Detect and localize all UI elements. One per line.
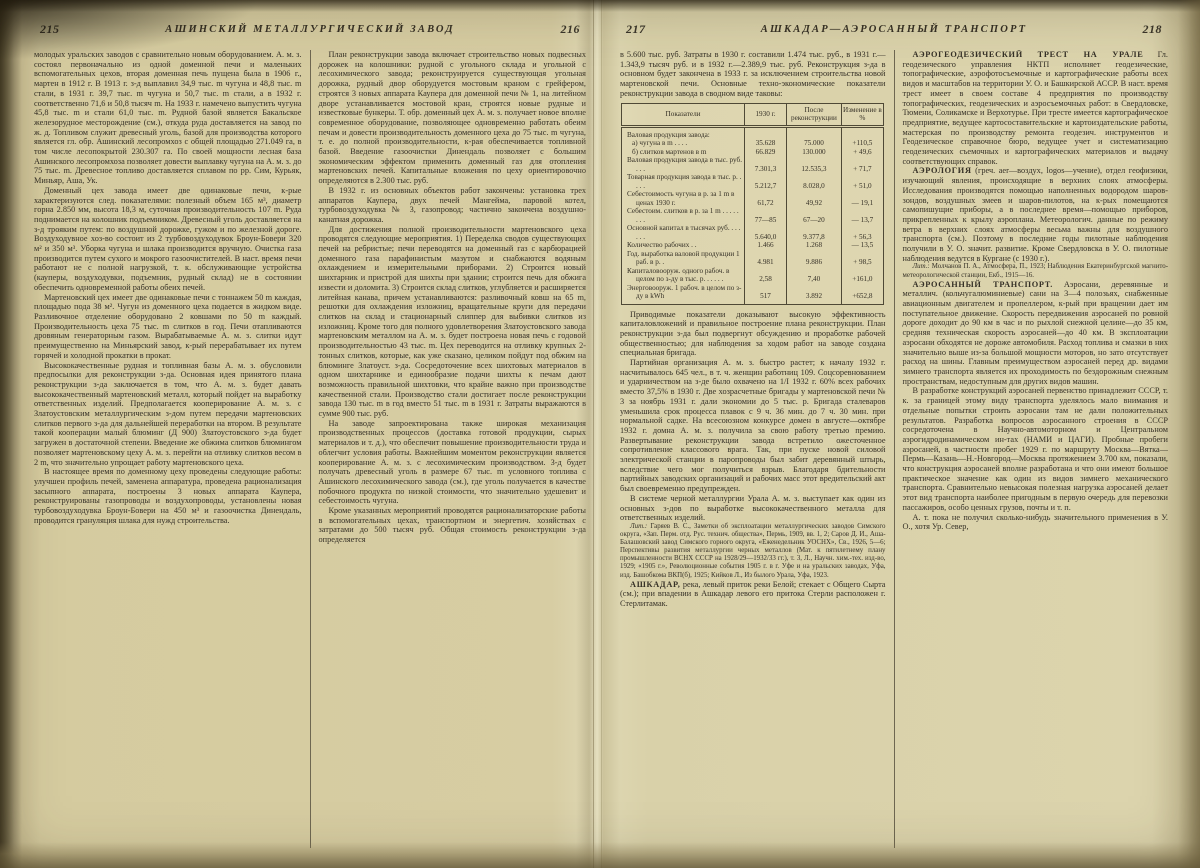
table-row: Себестоимость чугуна в р. за 1 m в ценах… bbox=[622, 190, 884, 207]
row-value: — 19,1 bbox=[841, 190, 883, 207]
row-value: 49,92 bbox=[786, 190, 841, 207]
table-row: а) чугуна в m . . . .35.62875.000+110,5 bbox=[622, 139, 884, 148]
paragraph: Партийная организация А. м. з. быстро ра… bbox=[620, 358, 886, 494]
row-value: 67—20 bbox=[786, 207, 841, 224]
row-value: 75.000 bbox=[786, 139, 841, 148]
column-215: молодых уральских заводов с сравнительно… bbox=[34, 50, 310, 848]
entry-term: АЭРОСАННЫЙ ТРАНСПОРТ. bbox=[913, 280, 1053, 289]
row-value: 130.000 bbox=[786, 148, 841, 157]
row-value: 7,40 bbox=[786, 267, 841, 284]
table-row: Энерговооруж. 1 рабоч. в целом по з-ду в… bbox=[622, 284, 884, 305]
table-row: Валовая продукция завода: bbox=[622, 126, 884, 139]
paragraph: В системе черной металлургии Урала А. м.… bbox=[620, 494, 886, 523]
column-header: После реконструкции bbox=[786, 103, 841, 126]
row-value bbox=[841, 126, 883, 139]
literature-paragraph: Лит.: Молчанов П. А., Атмосфера, П., 192… bbox=[903, 263, 1169, 279]
right-page: 217 АШКАДАР—АЭРОСАННЫЙ ТРАНСПОРТ 218 в 5… bbox=[598, 0, 1184, 868]
entry-term: АЭРОЛОГИЯ bbox=[913, 166, 972, 175]
reconstruction-stats-table: Показатели 1930 г. После реконструкции И… bbox=[621, 103, 884, 305]
book-scan: 215 АШИНСКИЙ МЕТАЛЛУРГИЧЕСКИЙ ЗАВОД 216 … bbox=[0, 0, 1200, 868]
row-value: 12.535,3 bbox=[786, 156, 841, 173]
paragraph: На заводе запроектирована также широкая … bbox=[319, 419, 587, 506]
paragraph: А. т. пока не получил сколько-нибудь зна… bbox=[903, 513, 1169, 532]
row-value: 77—85 bbox=[745, 207, 787, 224]
table-header: Показатели 1930 г. После реконструкции И… bbox=[622, 103, 884, 126]
running-head-left: 215 АШИНСКИЙ МЕТАЛЛУРГИЧЕСКИЙ ЗАВОД 216 bbox=[34, 22, 586, 42]
paragraph: молодых уральских заводов с сравнительно… bbox=[34, 50, 302, 186]
column-216: План реконструкции завода включает строи… bbox=[310, 50, 587, 848]
row-label: Себестоимость чугуна в р. за 1 m в ценах… bbox=[622, 190, 745, 207]
paragraph: Мартеновский цех имеет две одинаковые пе… bbox=[34, 293, 302, 361]
row-label: Количество рабочих . . bbox=[622, 241, 745, 250]
row-value: + 98,5 bbox=[841, 250, 883, 267]
row-value: 9.886 bbox=[786, 250, 841, 267]
row-label: Товарная продукция завода в тыс. р. . . … bbox=[622, 173, 745, 190]
page-number: 216 bbox=[561, 22, 581, 37]
row-value: + 71,7 bbox=[841, 156, 883, 173]
row-value: +652,8 bbox=[841, 284, 883, 305]
row-value: 5.212,7 bbox=[745, 173, 787, 190]
row-label: Валовая продукция завода: bbox=[622, 126, 745, 139]
literature-label: Лит.: bbox=[630, 523, 647, 530]
row-value: 517 bbox=[745, 284, 787, 305]
page-number: 218 bbox=[1143, 22, 1163, 37]
paragraph: В настоящее время по доменному цеху пров… bbox=[34, 467, 302, 525]
paragraph: План реконструкции завода включает строи… bbox=[319, 50, 587, 186]
row-value: 66.829 bbox=[745, 148, 787, 157]
paragraph: Для достижения полной производительности… bbox=[319, 225, 587, 419]
left-page: 215 АШИНСКИЙ МЕТАЛЛУРГИЧЕСКИЙ ЗАВОД 216 … bbox=[16, 0, 594, 868]
row-value: 61,72 bbox=[745, 190, 787, 207]
running-title: АШКАДАР—АЭРОСАННЫЙ ТРАНСПОРТ bbox=[620, 24, 1168, 35]
entry-term: АШКАДАР, bbox=[630, 580, 681, 589]
row-value: 4.981 bbox=[745, 250, 787, 267]
table-row: б) слитков мартенов в m66.829130.000+ 49… bbox=[622, 148, 884, 157]
row-label: Капиталовооруж. одного рабоч. в целом по… bbox=[622, 267, 745, 284]
row-label: Валовая продукция завода в тыс. руб. . .… bbox=[622, 156, 745, 173]
column-header: Показатели bbox=[622, 103, 745, 126]
row-value: 9.377,8 bbox=[786, 224, 841, 241]
paragraph: Кроме указанных мероприятий проводятся р… bbox=[319, 506, 587, 545]
row-label: Себестоим. слитков в р. за 1 m . . . . .… bbox=[622, 207, 745, 224]
row-label: Год. выработка валовой продукции 1 раб. … bbox=[622, 250, 745, 267]
table-row: Основной капитал в тысячах руб. . . . . … bbox=[622, 224, 884, 241]
column-header: Изменение в % bbox=[841, 103, 883, 126]
entry-text: (греч. aer—воздух, logos—учение), отдел … bbox=[903, 166, 1169, 262]
entry-text: Аэросани, деревянные и металлич. (кольчу… bbox=[903, 280, 1169, 386]
row-value bbox=[786, 126, 841, 139]
row-value: +110,5 bbox=[841, 139, 883, 148]
row-value: 2,58 bbox=[745, 267, 787, 284]
paragraph: Высококачественные рудная и топливная ба… bbox=[34, 361, 302, 468]
stats-table-body: Валовая продукция завода:а) чугуна в m .… bbox=[622, 126, 884, 304]
paragraph: в 5.600 тыс. руб. Затраты в 1930 г. сост… bbox=[620, 50, 886, 99]
paragraph: В 1932 г. из основных объектов работ зак… bbox=[319, 186, 587, 225]
table-row: Товарная продукция завода в тыс. р. . . … bbox=[622, 173, 884, 190]
row-value: + 56,3 bbox=[841, 224, 883, 241]
row-value bbox=[745, 126, 787, 139]
table-row: Валовая продукция завода в тыс. руб. . .… bbox=[622, 156, 884, 173]
row-value: +161,0 bbox=[841, 267, 883, 284]
row-value: + 49,6 bbox=[841, 148, 883, 157]
row-value: 3.892 bbox=[786, 284, 841, 305]
table-row: Себестоим. слитков в р. за 1 m . . . . .… bbox=[622, 207, 884, 224]
row-value: + 51,0 bbox=[841, 173, 883, 190]
row-value: 35.628 bbox=[745, 139, 787, 148]
row-value: 5.640,0 bbox=[745, 224, 787, 241]
paragraph: Приводимые показатели доказывают высокую… bbox=[620, 310, 886, 359]
row-label: а) чугуна в m . . . . bbox=[622, 139, 745, 148]
column-218: АЭРОГЕОДЕЗИЧЕСКИЙ ТРЕСТ НА УРАЛЕ Гл. гео… bbox=[894, 50, 1169, 848]
row-value: — 13,5 bbox=[841, 241, 883, 250]
entry-paragraph: АЭРОЛОГИЯ (греч. aer—воздух, logos—учени… bbox=[903, 166, 1169, 263]
entry-paragraph: АЭРОГЕОДЕЗИЧЕСКИЙ ТРЕСТ НА УРАЛЕ Гл. гео… bbox=[903, 50, 1169, 166]
literature-paragraph: Лит.: Гаряев В. С., Заметки об эксплоата… bbox=[620, 523, 886, 580]
literature-text: Молчанов П. А., Атмосфера, П., 1923; Наб… bbox=[903, 263, 1169, 278]
entry-term: АЭРОГЕОДЕЗИЧЕСКИЙ ТРЕСТ НА УРАЛЕ bbox=[913, 50, 1144, 59]
row-value: 7.301,3 bbox=[745, 156, 787, 173]
row-label: б) слитков мартенов в m bbox=[622, 148, 745, 157]
row-value: 1.466 bbox=[745, 241, 787, 250]
entry-text: Гл. геодезического управления НКТП испол… bbox=[903, 50, 1169, 166]
literature-text: Гаряев В. С., Заметки об эксплоатации ме… bbox=[620, 523, 886, 579]
table-row: Количество рабочих . .1.4661.268— 13,5 bbox=[622, 241, 884, 250]
row-label: Энерговооруж. 1 рабоч. в целом по з-ду в… bbox=[622, 284, 745, 305]
paragraph: Доменный цех завода имеет две одинаковые… bbox=[34, 186, 302, 293]
column-header: 1930 г. bbox=[745, 103, 787, 126]
running-head-right: 217 АШКАДАР—АЭРОСАННЫЙ ТРАНСПОРТ 218 bbox=[620, 22, 1168, 42]
literature-label: Лит.: bbox=[913, 263, 930, 270]
row-value: 8.028,0 bbox=[786, 173, 841, 190]
paragraph: В разработке конструкций аэросаней перве… bbox=[903, 386, 1169, 512]
running-title: АШИНСКИЙ МЕТАЛЛУРГИЧЕСКИЙ ЗАВОД bbox=[34, 24, 586, 35]
column-217: в 5.600 тыс. руб. Затраты в 1930 г. сост… bbox=[620, 50, 894, 848]
table-row: Капиталовооруж. одного рабоч. в целом по… bbox=[622, 267, 884, 284]
row-value: 1.268 bbox=[786, 241, 841, 250]
table-row: Год. выработка валовой продукции 1 раб. … bbox=[622, 250, 884, 267]
row-label: Основной капитал в тысячах руб. . . . . … bbox=[622, 224, 745, 241]
entry-paragraph: АШКАДАР, река, левый приток реки Белой; … bbox=[620, 580, 886, 609]
row-value: — 13,7 bbox=[841, 207, 883, 224]
entry-paragraph: АЭРОСАННЫЙ ТРАНСПОРТ. Аэросани, деревянн… bbox=[903, 280, 1169, 387]
